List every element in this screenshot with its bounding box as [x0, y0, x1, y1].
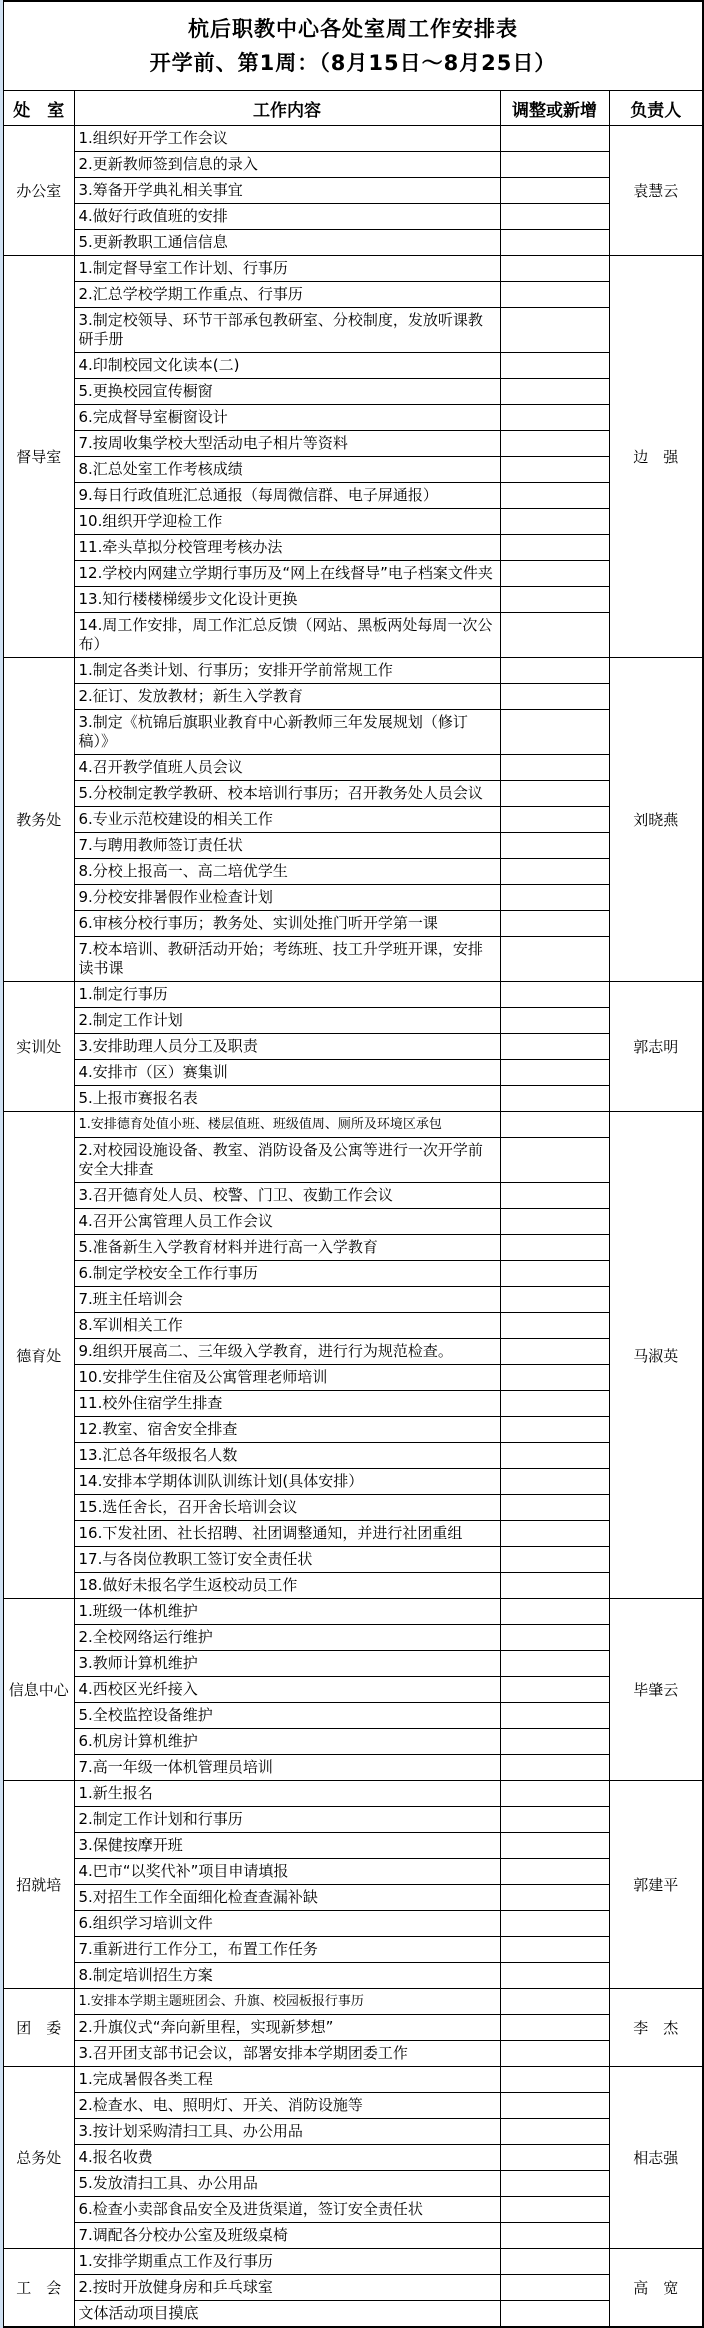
work-item-cell: 7.班主任培训会	[74, 1287, 500, 1313]
adjustment-cell	[500, 1755, 609, 1781]
adjustment-cell	[500, 256, 609, 282]
table-row: 办公室1.组织好开学工作会议袁慧云	[3, 126, 703, 152]
work-item-cell: 6.组织学习培训文件	[74, 1911, 500, 1937]
work-item-cell: 3.召开德育处人员、校警、门卫、夜勤工作会议	[74, 1183, 500, 1209]
work-item-cell: 4.印制校园文化读本(二)	[74, 353, 500, 379]
work-item-cell: 8.汇总处室工作考核成绩	[74, 457, 500, 483]
adjustment-cell	[500, 911, 609, 937]
table-body: 办公室1.组织好开学工作会议袁慧云2.更新教师签到信息的录入3.筹备开学典礼相关…	[3, 126, 703, 2328]
work-item-cell: 7.校本培训、教研活动开始；考练班、技工升学班开课，安排读书课	[74, 937, 500, 982]
table-row: 2.汇总学校学期工作重点、行事历	[3, 282, 703, 308]
table-row: 5.准备新生入学教育材料并进行高一入学教育	[3, 1235, 703, 1261]
adjustment-cell	[500, 1313, 609, 1339]
work-item-cell: 文体活动项目摸底	[74, 2301, 500, 2328]
table-row: 5.全校监控设备维护	[3, 1703, 703, 1729]
table-row: 17.与各岗位教职工签订安全责任状	[3, 1547, 703, 1573]
department-cell: 总务处	[3, 2067, 74, 2249]
department-cell: 督导室	[3, 256, 74, 658]
adjustment-cell	[500, 2301, 609, 2328]
work-item-cell: 6.机房计算机维护	[74, 1729, 500, 1755]
work-item-cell: 4.西校区光纤接入	[74, 1677, 500, 1703]
table-row: 9.分校安排暑假作业检查计划	[3, 885, 703, 911]
work-item-cell: 6.完成督导室橱窗设计	[74, 405, 500, 431]
table-row: 5.分校制定教学教研、校本培训行事历；召开教务处人员会议	[3, 781, 703, 807]
adjustment-cell	[500, 1339, 609, 1365]
work-item-cell: 2.对校园设施设备、教室、消防设备及公寓等进行一次开学前安全大排查	[74, 1138, 500, 1183]
table-row: 2.全校网络运行维护	[3, 1625, 703, 1651]
table-row: 5.更换校园宣传橱窗	[3, 379, 703, 405]
table-row: 3.制定《杭锦后旗职业教育中心新教师三年发展规划（修订稿）》	[3, 710, 703, 755]
table-row: 3.按计划采购清扫工具、办公用品	[3, 2119, 703, 2145]
work-item-cell: 11.牵头草拟分校管理考核办法	[74, 535, 500, 561]
work-item-cell: 2.全校网络运行维护	[74, 1625, 500, 1651]
table-row: 4.报名收费	[3, 2145, 703, 2171]
adjustment-cell	[500, 1469, 609, 1495]
adjustment-cell	[500, 1599, 609, 1625]
table-row: 11.校外住宿学生排查	[3, 1391, 703, 1417]
table-row: 2.升旗仪式“奔向新里程，实现新梦想”	[3, 2015, 703, 2041]
table-row: 7.校本培训、教研活动开始；考练班、技工升学班开课，安排读书课	[3, 937, 703, 982]
adjustment-cell	[500, 126, 609, 152]
adjustment-cell	[500, 1625, 609, 1651]
work-item-cell: 8.制定培训招生方案	[74, 1963, 500, 1989]
work-item-cell: 4.召开教学值班人员会议	[74, 755, 500, 781]
table-row: 3.保健按摩开班	[3, 1833, 703, 1859]
work-item-cell: 5.全校监控设备维护	[74, 1703, 500, 1729]
work-item-cell: 2.征订、发放教材；新生入学教育	[74, 684, 500, 710]
work-item-cell: 6.审核分校行事历；教务处、实训处推门听开学第一课	[74, 911, 500, 937]
table-row: 6.组织学习培训文件	[3, 1911, 703, 1937]
work-item-cell: 1.新生报名	[74, 1781, 500, 1807]
department-cell: 教务处	[3, 658, 74, 982]
adjustment-cell	[500, 807, 609, 833]
adjustment-cell	[500, 1391, 609, 1417]
table-row: 4.召开公寓管理人员工作会议	[3, 1209, 703, 1235]
work-item-cell: 4.巴市“以奖代补”项目申请填报	[74, 1859, 500, 1885]
work-item-cell: 14.周工作安排，周工作汇总反馈（网站、黑板两处每周一次公布）	[74, 613, 500, 658]
work-item-cell: 5.更换校园宣传橱窗	[74, 379, 500, 405]
work-item-cell: 9.每日行政值班汇总通报（每周微信群、电子屏通报）	[74, 483, 500, 509]
work-item-cell: 6.专业示范校建设的相关工作	[74, 807, 500, 833]
table-row: 14.周工作安排，周工作汇总反馈（网站、黑板两处每周一次公布）	[3, 613, 703, 658]
adjustment-cell	[500, 1729, 609, 1755]
work-item-cell: 12.教室、宿舍安全排查	[74, 1417, 500, 1443]
col-leader-header: 负责人	[609, 91, 703, 126]
work-item-cell: 15.选任舍长，召开舍长培训会议	[74, 1495, 500, 1521]
leader-cell: 郭志明	[609, 982, 703, 1112]
adjustment-cell	[500, 1112, 609, 1138]
work-item-cell: 14.安排本学期体训队训练计划(具体安排）	[74, 1469, 500, 1495]
left-edge-strip	[0, 0, 3, 2328]
adjustment-cell	[500, 1573, 609, 1599]
table-row: 7.班主任培训会	[3, 1287, 703, 1313]
adjustment-cell	[500, 587, 609, 613]
adjustment-cell	[500, 859, 609, 885]
work-item-cell: 3.按计划采购清扫工具、办公用品	[74, 2119, 500, 2145]
leader-cell: 郭建平	[609, 1781, 703, 1989]
work-item-cell: 1.完成暑假各类工程	[74, 2067, 500, 2093]
adjustment-cell	[500, 1235, 609, 1261]
adjustment-cell	[500, 658, 609, 684]
adjustment-cell	[500, 2067, 609, 2093]
table-row: 4.印制校园文化读本(二)	[3, 353, 703, 379]
header-row: 处 室 工作内容 调整或新增 负责人	[3, 91, 703, 126]
department-cell: 招就培	[3, 1781, 74, 1989]
table-row: 9.每日行政值班汇总通报（每周微信群、电子屏通报）	[3, 483, 703, 509]
adjustment-cell	[500, 1703, 609, 1729]
leader-cell: 马淑英	[609, 1112, 703, 1599]
table-row: 德育处1.安排德育处值小班、楼层值班、班级值周、厕所及环境区承包马淑英	[3, 1112, 703, 1138]
work-item-cell: 2.汇总学校学期工作重点、行事历	[74, 282, 500, 308]
work-item-cell: 2.按时开放健身房和乒乓球室	[74, 2275, 500, 2301]
table-row: 5.上报市赛报名表	[3, 1086, 703, 1112]
table-row: 3.安排助理人员分工及职责	[3, 1034, 703, 1060]
adjustment-cell	[500, 509, 609, 535]
title-row: 杭后职教中心各处室周工作安排表 开学前、第1周：（8月15日～8月25日）	[3, 1, 703, 91]
table-row: 3.制定校领导、环节干部承包教研室、分校制度，发放听课教研手册	[3, 308, 703, 353]
adjustment-cell	[500, 1034, 609, 1060]
work-item-cell: 3.制定校领导、环节干部承包教研室、分校制度，发放听课教研手册	[74, 308, 500, 353]
table-row: 14.安排本学期体训队训练计划(具体安排）	[3, 1469, 703, 1495]
table-row: 8.制定培训招生方案	[3, 1963, 703, 1989]
adjustment-cell	[500, 937, 609, 982]
work-item-cell: 1.安排学期重点工作及行事历	[74, 2249, 500, 2275]
adjustment-cell	[500, 152, 609, 178]
work-item-cell: 13.知行楼楼梯缓步文化设计更换	[74, 587, 500, 613]
adjustment-cell	[500, 1495, 609, 1521]
table-row: 8.汇总处室工作考核成绩	[3, 457, 703, 483]
adjustment-cell	[500, 1885, 609, 1911]
table-row: 13.知行楼楼梯缓步文化设计更换	[3, 587, 703, 613]
work-item-cell: 4.召开公寓管理人员工作会议	[74, 1209, 500, 1235]
adjustment-cell	[500, 1060, 609, 1086]
title-cell: 杭后职教中心各处室周工作安排表 开学前、第1周：（8月15日～8月25日）	[3, 1, 703, 91]
table-row: 6.制定学校安全工作行事历	[3, 1261, 703, 1287]
work-item-cell: 11.校外住宿学生排查	[74, 1391, 500, 1417]
table-row: 7.与聘用教师签订责任状	[3, 833, 703, 859]
adjustment-cell	[500, 204, 609, 230]
table-row: 6.专业示范校建设的相关工作	[3, 807, 703, 833]
adjustment-cell	[500, 1989, 609, 2015]
adjustment-cell	[500, 282, 609, 308]
work-item-cell: 2.升旗仪式“奔向新里程，实现新梦想”	[74, 2015, 500, 2041]
work-item-cell: 3.保健按摩开班	[74, 1833, 500, 1859]
table-row: 2.制定工作计划和行事历	[3, 1807, 703, 1833]
work-item-cell: 7.重新进行工作分工，布置工作任务	[74, 1937, 500, 1963]
adjustment-cell	[500, 1911, 609, 1937]
leader-cell: 边 强	[609, 256, 703, 658]
table-row: 实训处1.制定行事历郭志明	[3, 982, 703, 1008]
work-item-cell: 1.制定行事历	[74, 982, 500, 1008]
col-content-header: 工作内容	[74, 91, 500, 126]
adjustment-cell	[500, 1417, 609, 1443]
table-row: 2.检查水、电、照明灯、开关、消防设施等	[3, 2093, 703, 2119]
adjustment-cell	[500, 2093, 609, 2119]
work-item-cell: 16.下发社团、社长招聘、社团调整通知，并进行社团重组	[74, 1521, 500, 1547]
table-row: 7.按周收集学校大型活动电子相片等资料	[3, 431, 703, 457]
adjustment-cell	[500, 710, 609, 755]
work-item-cell: 2.更新教师签到信息的录入	[74, 152, 500, 178]
work-item-cell: 7.调配各分校办公室及班级桌椅	[74, 2223, 500, 2249]
table-row: 2.对校园设施设备、教室、消防设备及公寓等进行一次开学前安全大排查	[3, 1138, 703, 1183]
table-row: 7.调配各分校办公室及班级桌椅	[3, 2223, 703, 2249]
table-row: 5.发放清扫工具、办公用品	[3, 2171, 703, 2197]
leader-cell: 相志强	[609, 2067, 703, 2249]
page-subtitle: 开学前、第1周：（8月15日～8月25日）	[4, 46, 702, 80]
work-item-cell: 1.组织好开学工作会议	[74, 126, 500, 152]
adjustment-cell	[500, 431, 609, 457]
adjustment-cell	[500, 1209, 609, 1235]
table-row: 教务处1.制定各类计划、行事历；安排开学前常规工作刘晓燕	[3, 658, 703, 684]
work-item-cell: 1.安排本学期主题班团会、升旗、校园板报行事历	[74, 1989, 500, 2015]
work-item-cell: 8.军训相关工作	[74, 1313, 500, 1339]
table-row: 8.分校上报高一、高二培优学生	[3, 859, 703, 885]
work-item-cell: 8.分校上报高一、高二培优学生	[74, 859, 500, 885]
table-row: 16.下发社团、社长招聘、社团调整通知，并进行社团重组	[3, 1521, 703, 1547]
table-row: 5.对招生工作全面细化检查查漏补缺	[3, 1885, 703, 1911]
work-item-cell: 2.检查水、电、照明灯、开关、消防设施等	[74, 2093, 500, 2119]
table-row: 2.征订、发放教材；新生入学教育	[3, 684, 703, 710]
work-item-cell: 1.制定各类计划、行事历；安排开学前常规工作	[74, 658, 500, 684]
page-title: 杭后职教中心各处室周工作安排表	[4, 12, 702, 46]
adjustment-cell	[500, 535, 609, 561]
adjustment-cell	[500, 405, 609, 431]
table-row: 9.组织开展高二、三年级入学教育，进行行为规范检查。	[3, 1339, 703, 1365]
leader-cell: 袁慧云	[609, 126, 703, 256]
work-item-cell: 2.制定工作计划	[74, 1008, 500, 1034]
work-item-cell: 2.制定工作计划和行事历	[74, 1807, 500, 1833]
table-row: 总务处1.完成暑假各类工程相志强	[3, 2067, 703, 2093]
work-item-cell: 1.班级一体机维护	[74, 1599, 500, 1625]
adjustment-cell	[500, 1443, 609, 1469]
adjustment-cell	[500, 178, 609, 204]
work-item-cell: 7.与聘用教师签订责任状	[74, 833, 500, 859]
adjustment-cell	[500, 1937, 609, 1963]
work-item-cell: 5.发放清扫工具、办公用品	[74, 2171, 500, 2197]
table-row: 4.巴市“以奖代补”项目申请填报	[3, 1859, 703, 1885]
leader-cell: 李 杰	[609, 1989, 703, 2067]
adjustment-cell	[500, 1547, 609, 1573]
col-department-header: 处 室	[3, 91, 74, 126]
adjustment-cell	[500, 1365, 609, 1391]
adjustment-cell	[500, 2223, 609, 2249]
table-row: 督导室1.制定督导室工作计划、行事历边 强	[3, 256, 703, 282]
work-item-cell: 7.按周收集学校大型活动电子相片等资料	[74, 431, 500, 457]
table-row: 15.选任舍长，召开舍长培训会议	[3, 1495, 703, 1521]
table-row: 18.做好未报名学生返校动员工作	[3, 1573, 703, 1599]
table-row: 工 会1.安排学期重点工作及行事历高 宽	[3, 2249, 703, 2275]
adjustment-cell	[500, 2041, 609, 2067]
adjustment-cell	[500, 353, 609, 379]
work-item-cell: 6.制定学校安全工作行事历	[74, 1261, 500, 1287]
adjustment-cell	[500, 1261, 609, 1287]
adjustment-cell	[500, 2249, 609, 2275]
work-item-cell: 17.与各岗位教职工签订安全责任状	[74, 1547, 500, 1573]
work-item-cell: 5.更新教职工通信信息	[74, 230, 500, 256]
table-row: 6.完成督导室橱窗设计	[3, 405, 703, 431]
adjustment-cell	[500, 755, 609, 781]
adjustment-cell	[500, 2015, 609, 2041]
work-item-cell: 9.分校安排暑假作业检查计划	[74, 885, 500, 911]
adjustment-cell	[500, 308, 609, 353]
adjustment-cell	[500, 1183, 609, 1209]
adjustment-cell	[500, 1807, 609, 1833]
table-row: 10.组织开学迎检工作	[3, 509, 703, 535]
work-item-cell: 4.做好行政值班的安排	[74, 204, 500, 230]
table-row: 2.更新教师签到信息的录入	[3, 152, 703, 178]
table-row: 2.制定工作计划	[3, 1008, 703, 1034]
work-item-cell: 3.筹备开学典礼相关事宜	[74, 178, 500, 204]
adjustment-cell	[500, 1521, 609, 1547]
work-item-cell: 4.安排市（区）赛集训	[74, 1060, 500, 1086]
table-row: 12.教室、宿舍安全排查	[3, 1417, 703, 1443]
table-row: 11.牵头草拟分校管理考核办法	[3, 535, 703, 561]
table-row: 招就培1.新生报名郭建平	[3, 1781, 703, 1807]
work-item-cell: 3.教师计算机维护	[74, 1651, 500, 1677]
table-row: 3.召开团支部书记会议，部署安排本学期团委工作	[3, 2041, 703, 2067]
work-item-cell: 5.对招生工作全面细化检查查漏补缺	[74, 1885, 500, 1911]
adjustment-cell	[500, 982, 609, 1008]
work-schedule-table: 杭后职教中心各处室周工作安排表 开学前、第1周：（8月15日～8月25日） 处 …	[2, 0, 704, 2328]
adjustment-cell	[500, 2197, 609, 2223]
table-row: 10.安排学生住宿及公寓管理老师培训	[3, 1365, 703, 1391]
table-row: 6.检查小卖部食品安全及进货渠道，签订安全责任状	[3, 2197, 703, 2223]
work-item-cell: 4.报名收费	[74, 2145, 500, 2171]
table-row: 8.军训相关工作	[3, 1313, 703, 1339]
department-cell: 团 委	[3, 1989, 74, 2067]
work-item-cell: 5.准备新生入学教育材料并进行高一入学教育	[74, 1235, 500, 1261]
adjustment-cell	[500, 1287, 609, 1313]
work-item-cell: 10.安排学生住宿及公寓管理老师培训	[74, 1365, 500, 1391]
table-row: 3.召开德育处人员、校警、门卫、夜勤工作会议	[3, 1183, 703, 1209]
table-row: 2.按时开放健身房和乒乓球室	[3, 2275, 703, 2301]
table-row: 12.学校内网建立学期行事历及“网上在线督导”电子档案文件夹	[3, 561, 703, 587]
department-cell: 工 会	[3, 2249, 74, 2328]
table-row: 团 委1.安排本学期主题班团会、升旗、校园板报行事历李 杰	[3, 1989, 703, 2015]
table-row: 6.审核分校行事历；教务处、实训处推门听开学第一课	[3, 911, 703, 937]
adjustment-cell	[500, 2171, 609, 2197]
adjustment-cell	[500, 561, 609, 587]
adjustment-cell	[500, 613, 609, 658]
adjustment-cell	[500, 833, 609, 859]
table-row: 3.筹备开学典礼相关事宜	[3, 178, 703, 204]
table-row: 信息中心1.班级一体机维护毕肇云	[3, 1599, 703, 1625]
work-item-cell: 3.召开团支部书记会议，部署安排本学期团委工作	[74, 2041, 500, 2067]
table-row: 文体活动项目摸底	[3, 2301, 703, 2328]
work-item-cell: 1.制定督导室工作计划、行事历	[74, 256, 500, 282]
adjustment-cell	[500, 230, 609, 256]
adjustment-cell	[500, 885, 609, 911]
adjustment-cell	[500, 1963, 609, 1989]
work-item-cell: 3.制定《杭锦后旗职业教育中心新教师三年发展规划（修订稿）》	[74, 710, 500, 755]
table-row: 4.做好行政值班的安排	[3, 204, 703, 230]
adjustment-cell	[500, 1086, 609, 1112]
table-row: 4.安排市（区）赛集训	[3, 1060, 703, 1086]
table-row: 4.西校区光纤接入	[3, 1677, 703, 1703]
table-row: 5.更新教职工通信信息	[3, 230, 703, 256]
adjustment-cell	[500, 2119, 609, 2145]
work-item-cell: 13.汇总各年级报名人数	[74, 1443, 500, 1469]
department-cell: 信息中心	[3, 1599, 74, 1781]
work-item-cell: 1.安排德育处值小班、楼层值班、班级值周、厕所及环境区承包	[74, 1112, 500, 1138]
adjustment-cell	[500, 379, 609, 405]
adjustment-cell	[500, 1833, 609, 1859]
work-item-cell: 6.检查小卖部食品安全及进货渠道，签订安全责任状	[74, 2197, 500, 2223]
department-cell: 实训处	[3, 982, 74, 1112]
adjustment-cell	[500, 1651, 609, 1677]
work-item-cell: 12.学校内网建立学期行事历及“网上在线督导”电子档案文件夹	[74, 561, 500, 587]
leader-cell: 毕肇云	[609, 1599, 703, 1781]
table-row: 7.高一年级一体机管理员培训	[3, 1755, 703, 1781]
work-item-cell: 9.组织开展高二、三年级入学教育，进行行为规范检查。	[74, 1339, 500, 1365]
adjustment-cell	[500, 1008, 609, 1034]
table-row: 4.召开教学值班人员会议	[3, 755, 703, 781]
work-item-cell: 3.安排助理人员分工及职责	[74, 1034, 500, 1060]
adjustment-cell	[500, 483, 609, 509]
work-item-cell: 18.做好未报名学生返校动员工作	[74, 1573, 500, 1599]
work-item-cell: 5.分校制定教学教研、校本培训行事历；召开教务处人员会议	[74, 781, 500, 807]
department-cell: 德育处	[3, 1112, 74, 1599]
adjustment-cell	[500, 684, 609, 710]
adjustment-cell	[500, 1138, 609, 1183]
adjustment-cell	[500, 457, 609, 483]
adjustment-cell	[500, 1859, 609, 1885]
table-row: 3.教师计算机维护	[3, 1651, 703, 1677]
table-row: 6.机房计算机维护	[3, 1729, 703, 1755]
adjustment-cell	[500, 1677, 609, 1703]
leader-cell: 刘晓燕	[609, 658, 703, 982]
adjustment-cell	[500, 2145, 609, 2171]
table-row: 13.汇总各年级报名人数	[3, 1443, 703, 1469]
work-item-cell: 7.高一年级一体机管理员培训	[74, 1755, 500, 1781]
work-item-cell: 10.组织开学迎检工作	[74, 509, 500, 535]
adjustment-cell	[500, 781, 609, 807]
adjustment-cell	[500, 2275, 609, 2301]
adjustment-cell	[500, 1781, 609, 1807]
leader-cell: 高 宽	[609, 2249, 703, 2328]
col-adjustment-header: 调整或新增	[500, 91, 609, 126]
work-item-cell: 5.上报市赛报名表	[74, 1086, 500, 1112]
department-cell: 办公室	[3, 126, 74, 256]
table-row: 7.重新进行工作分工，布置工作任务	[3, 1937, 703, 1963]
